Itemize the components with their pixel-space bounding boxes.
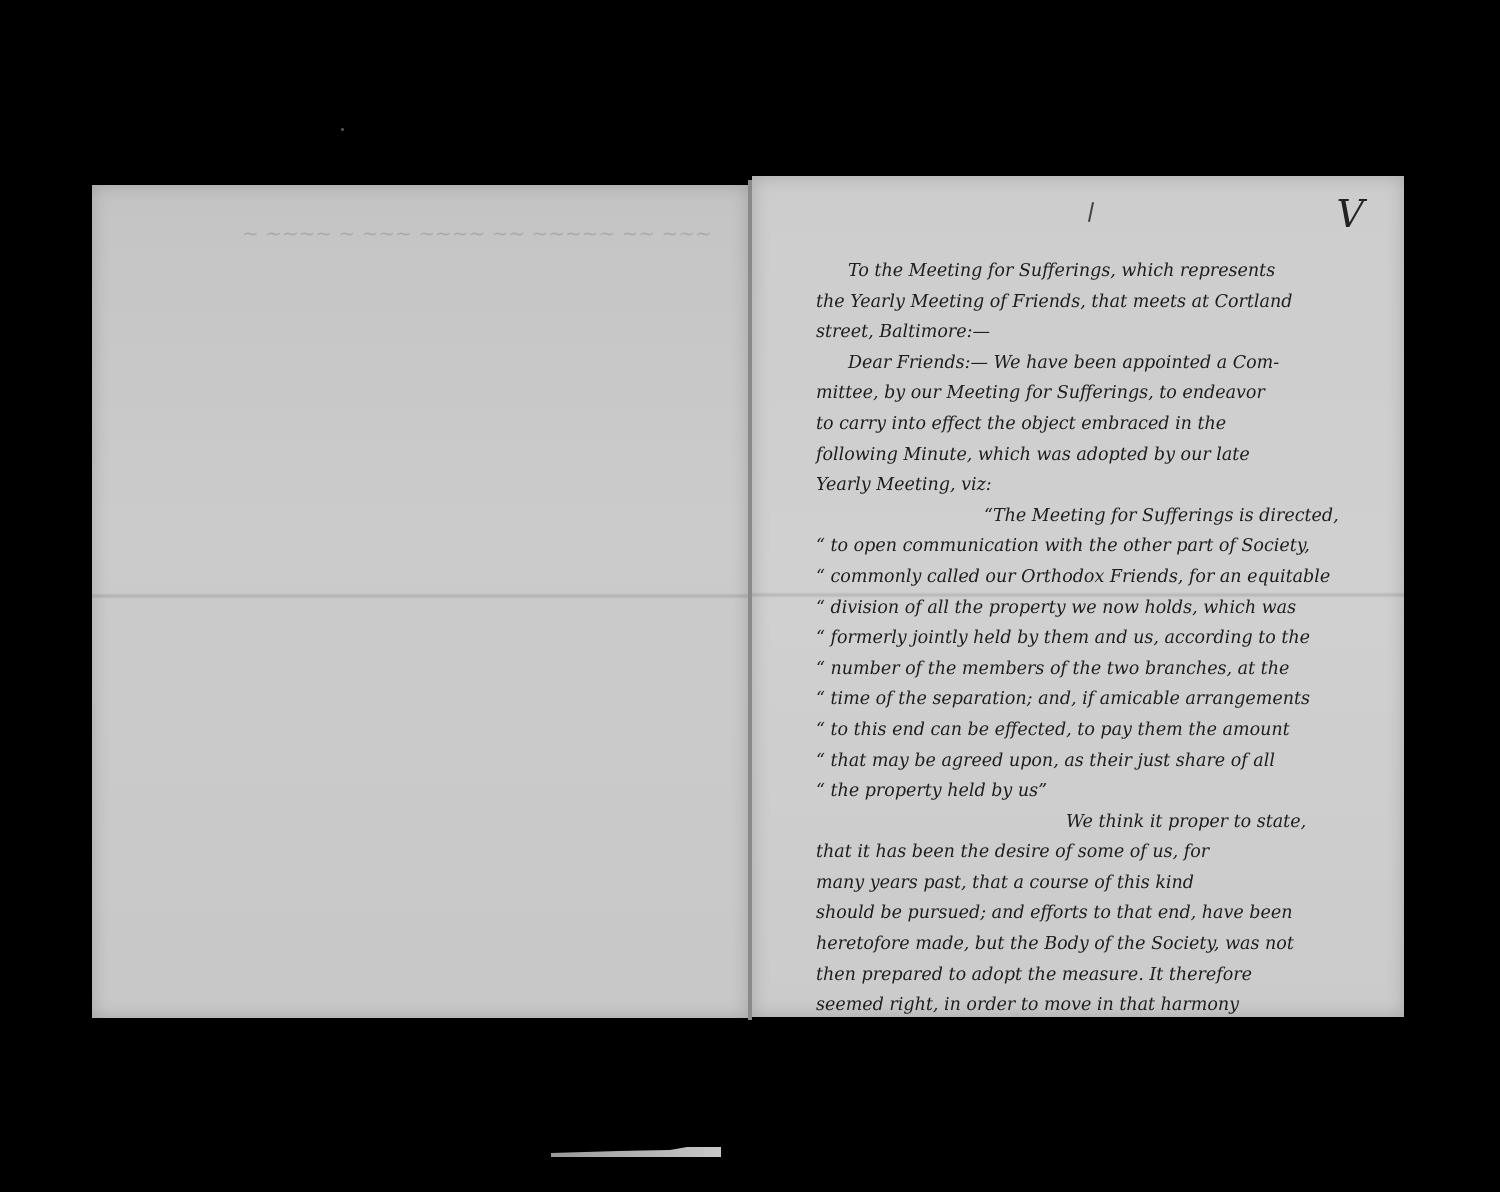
letter-line: that it has been the desire of some of u… — [816, 837, 1396, 868]
stray-pen-mark — [1088, 202, 1094, 222]
letter-line: then prepared to adopt the measure. It t… — [816, 960, 1396, 991]
left-page: ~ ~~~~ ~ ~~~ ~~~~ ~~ ~~~~~ ~~ ~~~ — [92, 185, 748, 1018]
letter-line: To the Meeting for Sufferings, which rep… — [816, 256, 1396, 287]
fold-line — [92, 593, 748, 599]
letter-line: street, Baltimore:— — [816, 317, 1396, 348]
letter-line: mittee, by our Meeting for Sufferings, t… — [816, 378, 1396, 409]
quoted-minute-line: “ the property held by us” — [816, 776, 1396, 807]
letter-line: Yearly Meeting, viz: — [816, 470, 1396, 501]
quoted-minute-line: “ to this end can be effected, to pay th… — [816, 715, 1396, 746]
quoted-minute-line: “The Meeting for Sufferings is directed, — [816, 501, 1396, 532]
dust-speck — [341, 128, 344, 131]
letter-line: many years past, that a course of this k… — [816, 868, 1396, 899]
quoted-minute-line: “ formerly jointly held by them and us, … — [816, 623, 1396, 654]
paper-scrap — [551, 1147, 721, 1157]
bleed-through-text: ~ ~~~~ ~ ~~~ ~~~~ ~~ ~~~~~ ~~ ~~~ — [242, 221, 712, 245]
letter-line: seemed right, in order to move in that h… — [816, 990, 1396, 1021]
letter-line: to carry into effect the object embraced… — [816, 409, 1396, 440]
letter-line: We think it proper to state, — [816, 807, 1396, 838]
page-marker: V — [1337, 192, 1364, 236]
quoted-minute-line: “ number of the members of the two branc… — [816, 654, 1396, 685]
quoted-minute-line: “ division of all the property we now ho… — [816, 593, 1396, 624]
salutation-line: Dear Friends:— We have been appointed a … — [816, 348, 1396, 379]
letter-line: should be pursued; and efforts to that e… — [816, 898, 1396, 929]
letter-body: To the Meeting for Sufferings, which rep… — [816, 256, 1396, 1021]
quoted-minute-line: “ time of the separation; and, if amicab… — [816, 684, 1396, 715]
quoted-minute-line: “ to open communication with the other p… — [816, 531, 1396, 562]
letter-line: the Yearly Meeting of Friends, that meet… — [816, 287, 1396, 318]
letter-line: heretofore made, but the Body of the Soc… — [816, 929, 1396, 960]
right-page: V To the Meeting for Sufferings, which r… — [752, 176, 1404, 1017]
quoted-minute-line: “ commonly called our Orthodox Friends, … — [816, 562, 1396, 593]
quoted-minute-line: “ that may be agreed upon, as their just… — [816, 746, 1396, 777]
letter-line: following Minute, which was adopted by o… — [816, 440, 1396, 471]
